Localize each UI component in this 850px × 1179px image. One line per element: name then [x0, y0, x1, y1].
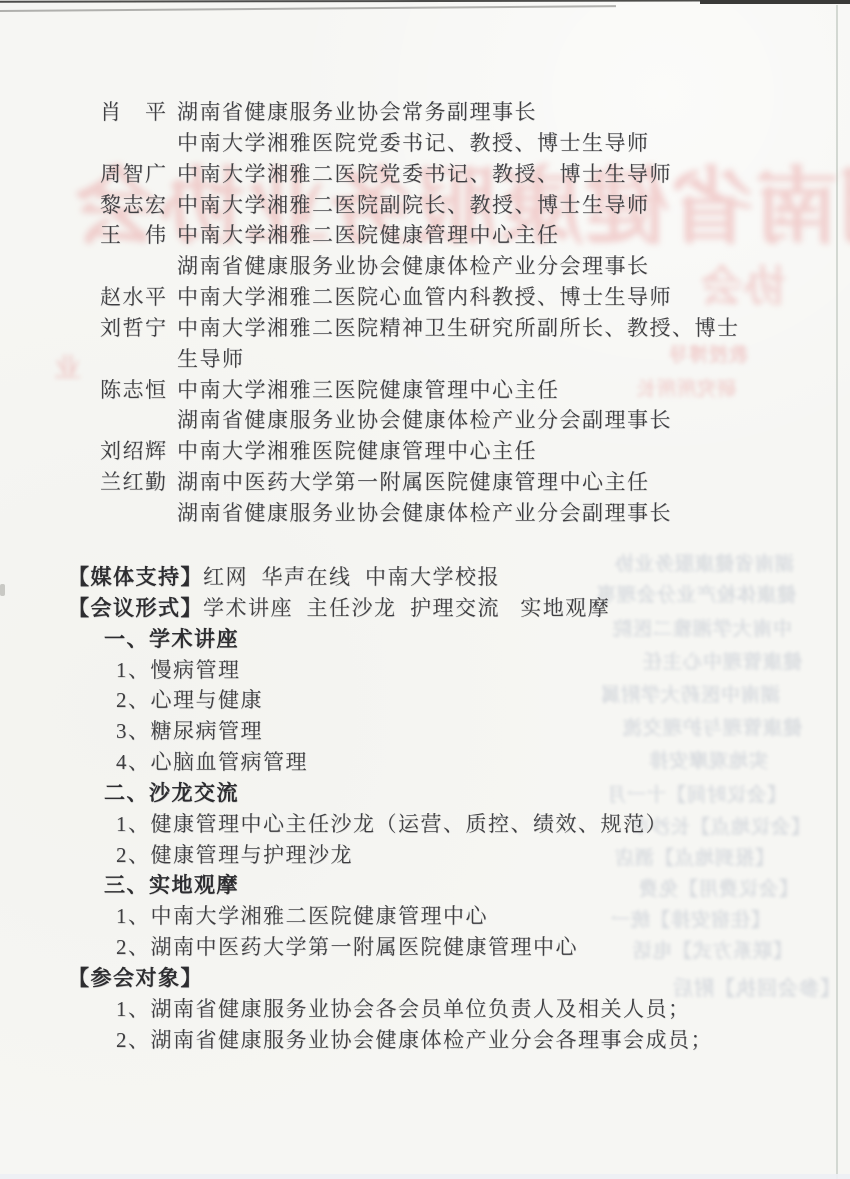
- person-name: [100, 128, 166, 159]
- scanned-document-page: 湖南省健康服务业协会协会业教授博导研究所所长湖南省健康服务业协健康体检产业分会理…: [0, 0, 850, 1179]
- line-text: 1、慢病管理: [116, 658, 241, 682]
- document-line: 1、中南大学湘雅二医院健康管理中心: [116, 901, 713, 932]
- person-title: 中南大学湘雅医院健康管理中心主任: [177, 436, 537, 467]
- name-row: 刘绍辉 中南大学湘雅医院健康管理中心主任: [100, 436, 740, 467]
- scan-bottom-edge: [0, 1174, 850, 1179]
- bleed-through-ghost-line: 业: [54, 348, 81, 385]
- document-line: 【媒体支持】红网 华声在线 中南大学校报: [68, 562, 713, 593]
- document-body: 【媒体支持】红网 华声在线 中南大学校报【会议形式】学术讲座 主任沙龙 护理交流…: [68, 562, 713, 1056]
- document-line: 【会议形式】学术讲座 主任沙龙 护理交流 实地观摩: [68, 593, 713, 624]
- scan-top-right-edge: [700, 0, 850, 4]
- name-row: 赵水平 中南大学湘雅二医院心血管内科教授、博士生导师: [100, 282, 740, 313]
- speaker-name-list: 肖 平 湖南省健康服务业协会常务副理事长 中南大学湘雅医院党委书记、教授、博士生…: [100, 97, 740, 529]
- person-name: 兰红勤: [100, 467, 166, 498]
- line-text: 二、沙龙交流: [104, 781, 239, 805]
- name-row: 中南大学湘雅医院党委书记、教授、博士生导师: [100, 128, 740, 159]
- document-line: 1、慢病管理: [116, 655, 713, 686]
- person-name: 王 伟: [100, 220, 166, 251]
- scan-top-skew-line: [0, 5, 616, 12]
- document-line: 2、健康管理与护理沙龙: [116, 840, 713, 871]
- name-row: 肖 平 湖南省健康服务业协会常务副理事长: [100, 97, 740, 128]
- name-row: 生导师: [100, 344, 740, 375]
- person-title: 湖南省健康服务业协会健康体检产业分会副理事长: [177, 405, 672, 436]
- section-bracket-label: 【参会对象】: [68, 966, 203, 990]
- line-text: 红网 华声在线 中南大学校报: [203, 565, 500, 589]
- line-text: 2、心理与健康: [116, 688, 263, 712]
- name-row: 湖南省健康服务业协会健康体检产业分会副理事长: [100, 498, 740, 529]
- person-title: 中南大学湘雅二医院健康管理中心主任: [177, 220, 560, 251]
- name-row: 湖南省健康服务业协会健康体检产业分会副理事长: [100, 405, 740, 436]
- line-text: 一、学术讲座: [104, 627, 239, 651]
- person-name: 陈志恒: [100, 375, 166, 406]
- document-line: 二、沙龙交流: [104, 778, 713, 809]
- name-row: 王 伟 中南大学湘雅二医院健康管理中心主任: [100, 220, 740, 251]
- page-fold-line: [836, 5, 838, 1179]
- person-title: 中南大学湘雅二医院精神卫生研究所副所长、教授、博士: [177, 313, 740, 344]
- line-text: 三、实地观摩: [104, 873, 239, 897]
- person-name: 赵水平: [100, 282, 166, 313]
- document-line: 2、心理与健康: [116, 685, 713, 716]
- person-title: 中南大学湘雅医院党委书记、教授、博士生导师: [177, 128, 650, 159]
- line-text: 2、湖南中医药大学第一附属医院健康管理中心: [116, 935, 578, 959]
- person-name: 肖 平: [100, 97, 166, 128]
- line-text: 4、心脑血管病管理: [116, 750, 308, 774]
- person-name: [100, 498, 166, 529]
- line-text: 1、健康管理中心主任沙龙（运营、质控、绩效、规范）: [116, 812, 668, 836]
- line-text: 学术讲座 主任沙龙 护理交流 实地观摩: [203, 596, 610, 620]
- scan-left-smudge: [0, 584, 5, 596]
- person-title: 湖南省健康服务业协会常务副理事长: [177, 97, 537, 128]
- name-row: 湖南省健康服务业协会健康体检产业分会理事长: [100, 251, 740, 282]
- person-title: 中南大学湘雅三医院健康管理中心主任: [177, 375, 560, 406]
- document-line: 3、糖尿病管理: [116, 716, 713, 747]
- person-name: 周智广: [100, 159, 166, 190]
- person-title: 湖南省健康服务业协会健康体检产业分会副理事长: [177, 498, 672, 529]
- name-row: 黎志宏 中南大学湘雅二医院副院长、教授、博士生导师: [100, 190, 740, 221]
- person-title: 中南大学湘雅二医院心血管内科教授、博士生导师: [177, 282, 672, 313]
- document-line: 2、湖南省健康服务业协会健康体检产业分会各理事会成员；: [116, 1025, 713, 1056]
- document-line: 1、湖南省健康服务业协会各会员单位负责人及相关人员；: [116, 994, 713, 1025]
- person-name: [100, 344, 166, 375]
- person-title: 生导师: [177, 344, 245, 375]
- line-text: 1、中南大学湘雅二医院健康管理中心: [116, 904, 488, 928]
- name-row: 兰红勤 湖南中医药大学第一附属医院健康管理中心主任: [100, 467, 740, 498]
- document-line: 【参会对象】: [68, 963, 713, 994]
- person-name: 刘哲宁: [100, 313, 166, 344]
- line-text: 3、糖尿病管理: [116, 719, 263, 743]
- person-title: 中南大学湘雅二医院副院长、教授、博士生导师: [177, 190, 650, 221]
- document-line: 4、心脑血管病管理: [116, 747, 713, 778]
- line-text: 2、湖南省健康服务业协会健康体检产业分会各理事会成员；: [116, 1028, 713, 1052]
- person-title: 湖南中医药大学第一附属医院健康管理中心主任: [177, 467, 650, 498]
- name-row: 周智广 中南大学湘雅二医院党委书记、教授、博士生导师: [100, 159, 740, 190]
- line-text: 2、健康管理与护理沙龙: [116, 843, 353, 867]
- person-title: 中南大学湘雅二医院党委书记、教授、博士生导师: [177, 159, 672, 190]
- person-name: 刘绍辉: [100, 436, 166, 467]
- line-text: 1、湖南省健康服务业协会各会员单位负责人及相关人员；: [116, 997, 691, 1021]
- name-row: 陈志恒 中南大学湘雅三医院健康管理中心主任: [100, 375, 740, 406]
- name-row: 刘哲宁 中南大学湘雅二医院精神卫生研究所副所长、教授、博士: [100, 313, 740, 344]
- person-name: 黎志宏: [100, 190, 166, 221]
- section-bracket-label: 【媒体支持】: [68, 565, 203, 589]
- person-name: [100, 251, 166, 282]
- document-line: 一、学术讲座: [104, 624, 713, 655]
- document-line: 三、实地观摩: [104, 870, 713, 901]
- document-line: 2、湖南中医药大学第一附属医院健康管理中心: [116, 932, 713, 963]
- person-name: [100, 405, 166, 436]
- person-title: 湖南省健康服务业协会健康体检产业分会理事长: [177, 251, 650, 282]
- section-bracket-label: 【会议形式】: [68, 596, 203, 620]
- document-line: 1、健康管理中心主任沙龙（运营、质控、绩效、规范）: [116, 809, 713, 840]
